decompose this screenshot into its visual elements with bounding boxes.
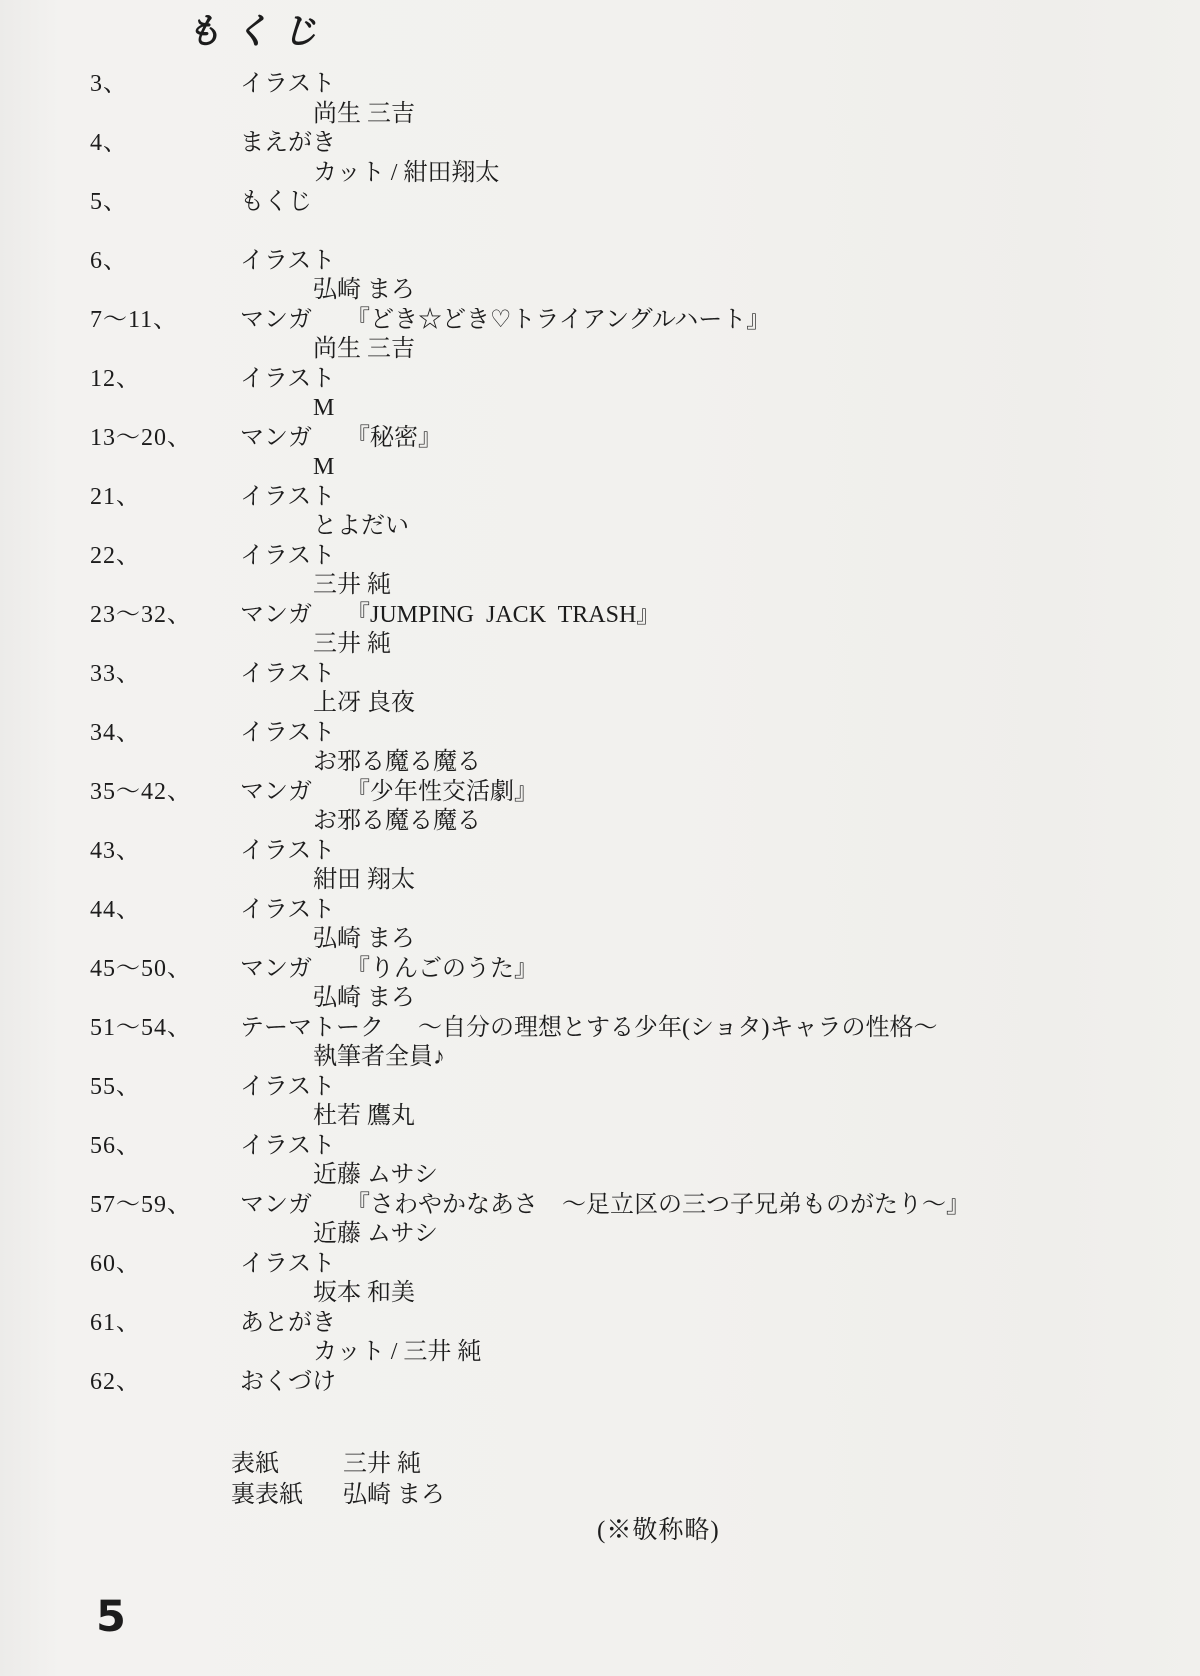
toc-credit: 弘崎 まろ: [0, 984, 1200, 1014]
toc-label: マンガ: [240, 955, 312, 985]
toc-work-title: 『りんごのうた』: [346, 955, 538, 985]
toc-label: イラスト: [240, 837, 335, 867]
toc-entry: 13～20、 マンガ 『秘密』 M: [0, 424, 1200, 483]
toc-pages: 57～59、: [90, 1191, 240, 1221]
toc-entry: 43、 イラスト 紺田 翔太: [0, 837, 1200, 896]
toc-entry: 33、 イラスト 上冴 良夜: [0, 660, 1200, 719]
toc-pages: 35～42、: [90, 778, 240, 808]
toc-credit: 近藤 ムサシ: [0, 1161, 1200, 1191]
toc-pages: 55、: [90, 1073, 240, 1103]
cover-credits: 表紙 三井 純 裏表紙 弘崎 まろ: [0, 1449, 445, 1511]
toc-entry: 61、 あとがき カット / 三井 純: [0, 1309, 1200, 1368]
toc-label: まえがき: [240, 129, 336, 159]
toc-entry: 3、 イラスト 尚生 三吉: [0, 70, 1200, 129]
toc-credit: 上冴 良夜: [0, 689, 1200, 719]
toc-pages: 62、: [90, 1368, 240, 1398]
toc-pages: 45～50、: [90, 955, 240, 985]
toc-work-title: 『どき☆どき♡トライアングルハート』: [346, 306, 770, 336]
toc-label: マンガ: [240, 1191, 312, 1221]
toc-label: マンガ: [240, 306, 312, 336]
toc-credit: 弘崎 まろ: [0, 276, 1200, 306]
toc-pages: 23～32、: [90, 601, 240, 631]
toc-entry: 6、 イラスト 弘崎 まろ: [0, 247, 1200, 306]
toc-credit: 三井 純: [0, 571, 1200, 601]
toc-pages: 22、: [90, 542, 240, 572]
toc-entry: 51～54、 テーマトーク ～自分の理想とする少年(ショタ)キャラの性格～ 執筆…: [0, 1014, 1200, 1073]
cover-row: 裏表紙 弘崎 まろ: [0, 1480, 445, 1511]
toc-entry: 45～50、 マンガ 『りんごのうた』 弘崎 まろ: [0, 955, 1200, 1014]
toc-credit: M: [0, 394, 1200, 424]
toc-credit: 紺田 翔太: [0, 866, 1200, 896]
cover-label: 表紙: [231, 1449, 343, 1480]
toc-pages: 13～20、: [90, 424, 240, 454]
toc-label: イラスト: [240, 896, 335, 926]
toc-pages: 12、: [90, 365, 240, 395]
toc-entry: 57～59、 マンガ 『さわやかなあさ ～足立区の三つ子兄弟ものがたり～』 近藤…: [0, 1191, 1200, 1250]
toc-work-title: ～自分の理想とする少年(ショタ)キャラの性格～: [418, 1014, 938, 1044]
toc-pages: 7～11、: [90, 306, 240, 336]
toc-entry: 62、 おくづけ: [0, 1368, 1200, 1398]
toc-pages: 43、: [90, 837, 240, 867]
cover-row: 表紙 三井 純: [0, 1449, 445, 1480]
toc-credit: 弘崎 まろ: [0, 925, 1200, 955]
toc-entry: 44、 イラスト 弘崎 まろ: [0, 896, 1200, 955]
toc-label: あとがき: [240, 1309, 336, 1339]
toc-entry: 5、 もくじ: [0, 188, 1200, 218]
toc-label: イラスト: [240, 70, 335, 100]
toc-credit: カット / 三井 純: [0, 1338, 1200, 1368]
toc-pages: 34、: [90, 719, 240, 749]
toc-pages: 4、: [90, 129, 240, 159]
toc-label: イラスト: [240, 719, 335, 749]
toc-entry: 23～32、 マンガ 『JUMPING JACK TRASH』 三井 純: [0, 601, 1200, 660]
honorifics-note: (※敬称略): [597, 1510, 720, 1546]
toc-credit: 坂本 和美: [0, 1279, 1200, 1309]
toc-work-title: 『JUMPING JACK TRASH』: [346, 601, 660, 631]
scanned-toc-page: もくじ 3、 イラスト 尚生 三吉 4、 まえがき カット / 紺田翔太 5、 …: [0, 0, 1200, 1676]
toc-pages: 56、: [90, 1132, 240, 1162]
toc-pages: 21、: [90, 483, 240, 513]
toc-entry: 56、 イラスト 近藤 ムサシ: [0, 1132, 1200, 1191]
toc-pages: 5、: [90, 188, 240, 218]
cover-credit: 三井 純: [343, 1449, 421, 1480]
toc-label: イラスト: [240, 365, 335, 395]
toc-entry: 4、 まえがき カット / 紺田翔太: [0, 129, 1200, 188]
toc-label: イラスト: [240, 247, 335, 277]
toc-pages: 44、: [90, 896, 240, 926]
toc-credit: M: [0, 453, 1200, 483]
toc-entry: 22、 イラスト 三井 純: [0, 542, 1200, 601]
cover-label: 裏表紙: [231, 1480, 343, 1511]
toc-label: イラスト: [240, 660, 335, 690]
toc-pages: 51～54、: [90, 1014, 240, 1044]
toc-label: マンガ: [240, 424, 312, 454]
toc-entry: 60、 イラスト 坂本 和美: [0, 1250, 1200, 1309]
toc-label: イラスト: [240, 542, 335, 572]
toc-credit: カット / 紺田翔太: [0, 159, 1200, 189]
toc-label: イラスト: [240, 1250, 335, 1280]
toc-entry: 12、 イラスト M: [0, 365, 1200, 424]
toc-entry: 34、 イラスト お邪る魔る魔る: [0, 719, 1200, 778]
toc-label: マンガ: [240, 778, 312, 808]
toc-label: おくづけ: [240, 1368, 336, 1398]
page-title: もくじ: [186, 4, 330, 54]
cover-credit: 弘崎 まろ: [343, 1480, 445, 1511]
toc-pages: 61、: [90, 1309, 240, 1339]
toc-pages: 6、: [90, 247, 240, 277]
toc-entry: 21、 イラスト とよだい: [0, 483, 1200, 542]
toc-entry: 35～42、 マンガ 『少年性交活劇』 お邪る魔る魔る: [0, 778, 1200, 837]
toc-label: イラスト: [240, 483, 335, 513]
toc-entry: 7～11、 マンガ 『どき☆どき♡トライアングルハート』 尚生 三吉: [0, 306, 1200, 365]
toc-entry: 55、 イラスト 杜若 鷹丸: [0, 1073, 1200, 1132]
toc-credit: お邪る魔る魔る: [0, 748, 1200, 778]
toc-label: イラスト: [240, 1073, 335, 1103]
toc-pages: 60、: [90, 1250, 240, 1280]
toc-credit: お邪る魔る魔る: [0, 807, 1200, 837]
toc-credit: 尚生 三吉: [0, 100, 1200, 130]
toc-work-title: 『少年性交活劇』: [346, 778, 538, 808]
toc-credit: 近藤 ムサシ: [0, 1220, 1200, 1250]
page-number: 5: [96, 1596, 126, 1639]
toc-credit: 尚生 三吉: [0, 335, 1200, 365]
toc-credit: 執筆者全員♪: [0, 1043, 1200, 1073]
toc-label: もくじ: [240, 188, 312, 218]
toc-label: イラスト: [240, 1132, 335, 1162]
toc-pages: 33、: [90, 660, 240, 690]
toc-credit: とよだい: [0, 512, 1200, 542]
toc-credit: 三井 純: [0, 630, 1200, 660]
toc-work-title: 『さわやかなあさ ～足立区の三つ子兄弟ものがたり～』: [346, 1191, 970, 1221]
toc-label: マンガ: [240, 601, 312, 631]
toc-pages: 3、: [90, 70, 240, 100]
toc-list: 3、 イラスト 尚生 三吉 4、 まえがき カット / 紺田翔太 5、 もくじ …: [0, 70, 1200, 1397]
toc-label: テーマトーク: [240, 1014, 384, 1044]
toc-work-title: 『秘密』: [346, 424, 442, 454]
toc-credit: 杜若 鷹丸: [0, 1102, 1200, 1132]
